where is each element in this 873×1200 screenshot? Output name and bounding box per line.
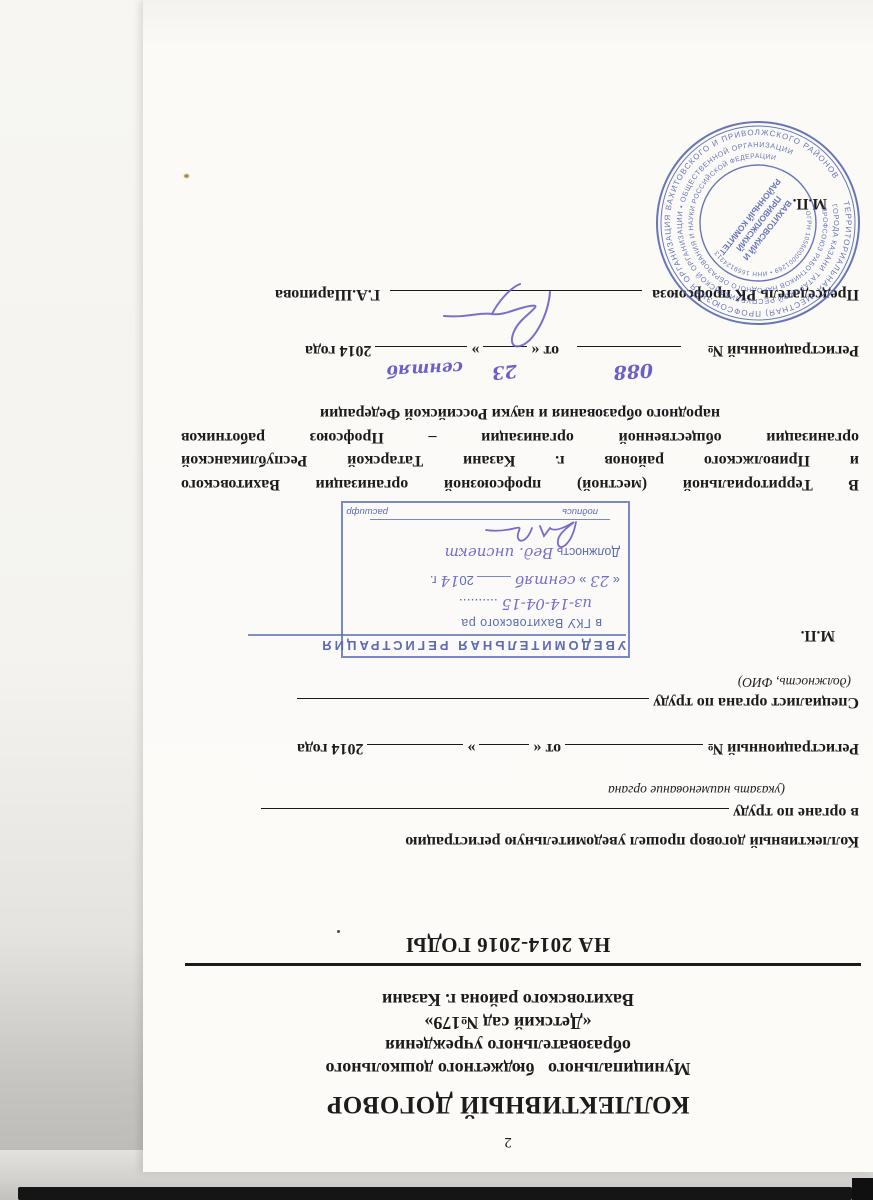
reg-label: Регистрационный № — [707, 740, 859, 757]
document-title: КОЛЛЕКТИВНЫЙ ДОГОВОР — [143, 1090, 873, 1118]
paragraph-line: и Приволжского районов г. Казани Татарск… — [181, 449, 859, 473]
subtitle-line: Муниципального бюджетного дошкольного — [143, 1057, 873, 1080]
inspector-signature — [460, 514, 590, 556]
registration-notice-line1: Коллективный договор прошел уведомительн… — [405, 832, 859, 850]
signature-line — [370, 519, 610, 520]
paragraph-line: В Территориальной (местной) профсоюзной … — [181, 473, 859, 497]
stamp-place-mark-1: М.П. — [801, 626, 835, 644]
rect-stamp-date-line: « 23 » сентяб 2014 г. — [430, 572, 620, 590]
registration-notice-line2: в органе по труду — [261, 803, 859, 824]
subtitle-line: «Детский сад №179» — [143, 1011, 873, 1034]
specialist-line: Специалист органа по труду — [297, 693, 859, 714]
scanner-background-left — [0, 0, 143, 1200]
page-number: 2 — [143, 1133, 873, 1150]
registration-line-empty: Регистрационный № от « » 2014 года — [297, 739, 859, 760]
reg-day-blank — [479, 744, 529, 760]
reg-year: 2014 года — [305, 342, 372, 359]
horizontal-rule — [185, 963, 861, 966]
handwritten-day: 23 — [590, 572, 609, 590]
org-label: в органе по труду — [733, 804, 859, 821]
position-hint: (должность, ФИО) — [738, 674, 851, 690]
scan-edge-bar — [18, 1187, 852, 1200]
signature-caption: подпись — [562, 506, 598, 517]
rect-registration-stamp: УВЕДОМИТЕЛЬНАЯ РЕГИСТРАЦИЯ в ГКУ Вахитов… — [341, 501, 630, 658]
registration-line-filled: Регистрационный № 088 от « 23 » сентяб 2… — [305, 341, 859, 362]
date-blank — [477, 576, 511, 589]
reg-number-blank: 088 — [577, 346, 681, 362]
rect-stamp-dots: .......... — [459, 596, 498, 612]
handwritten-month: сентяб — [515, 572, 575, 590]
rect-stamp-title: УВЕДОМИТЕЛЬНАЯ РЕГИСТРАЦИЯ — [248, 634, 626, 653]
quote-close: » — [579, 573, 586, 588]
reg-month-blank — [367, 744, 463, 760]
year-suffix: г. — [430, 573, 437, 588]
subtitle-line: Вахитовского района г. Казани — [143, 988, 873, 1011]
page-content-rotated-180: 2 КОЛЛЕКТИВНЫЙ ДОГОВОР Муниципального бю… — [143, 0, 873, 1172]
reg-year: 2014 года — [297, 740, 364, 757]
rect-stamp-org: в ГКУ Вахитовского ра — [461, 616, 602, 630]
rect-stamp-number: из-14-04-15 — [502, 595, 592, 613]
reg-ot: от « — [533, 740, 561, 757]
year-prefix: 20 — [459, 573, 473, 588]
handwritten-month: сентяб — [386, 357, 464, 381]
document-period: НА 2014-2016 ГОДЫ — [143, 932, 873, 957]
reg-label: Регистрационный № — [707, 342, 859, 359]
handwritten-reg-number: 088 — [613, 359, 654, 384]
ink-speck — [337, 930, 340, 933]
reg-close: » — [467, 740, 475, 757]
rect-stamp-number-line: из-14-04-15 .......... — [459, 595, 592, 613]
paragraph-line: народного образования и науки Российской… — [181, 402, 859, 426]
paper-page: 2 КОЛЛЕКТИВНЫЙ ДОГОВОР Муниципального бю… — [143, 0, 873, 1172]
specialist-label: Специалист органа по труду — [653, 694, 859, 711]
chairman-signature — [393, 280, 578, 360]
org-hint: (указать наименование органа — [608, 782, 785, 798]
chairman-name: Г.А.Шарипова — [275, 286, 380, 303]
union-paragraph: В Территориальной (местной) профсоюзной … — [181, 402, 859, 496]
quote-open: « — [613, 573, 620, 588]
specialist-blank-line — [297, 698, 649, 714]
reg-number-blank — [565, 744, 703, 760]
paragraph-line: организации общественной организации – П… — [181, 426, 859, 450]
scan-edge-corner — [852, 1178, 873, 1200]
handwritten-year: 14 — [440, 572, 459, 590]
signature-caption-2: расшифр — [346, 506, 388, 517]
paper-speck — [184, 174, 189, 178]
document-subtitle: Муниципального бюджетного дошкольного об… — [143, 988, 873, 1080]
org-blank-line — [261, 808, 729, 824]
scanned-document: 2 КОЛЛЕКТИВНЫЙ ДОГОВОР Муниципального бю… — [0, 0, 873, 1200]
handwritten-day: 23 — [491, 360, 518, 384]
round-stamp-graphics: ТЕРРИТОРИАЛЬНАЯ (МЕСТНАЯ) ПРОФСОЮЗНАЯ ОР… — [653, 118, 863, 328]
round-union-stamp: ТЕРРИТОРИАЛЬНАЯ (МЕСТНАЯ) ПРОФСОЮЗНАЯ ОР… — [653, 118, 863, 328]
subtitle-line: образовательного учреждения — [143, 1034, 873, 1057]
